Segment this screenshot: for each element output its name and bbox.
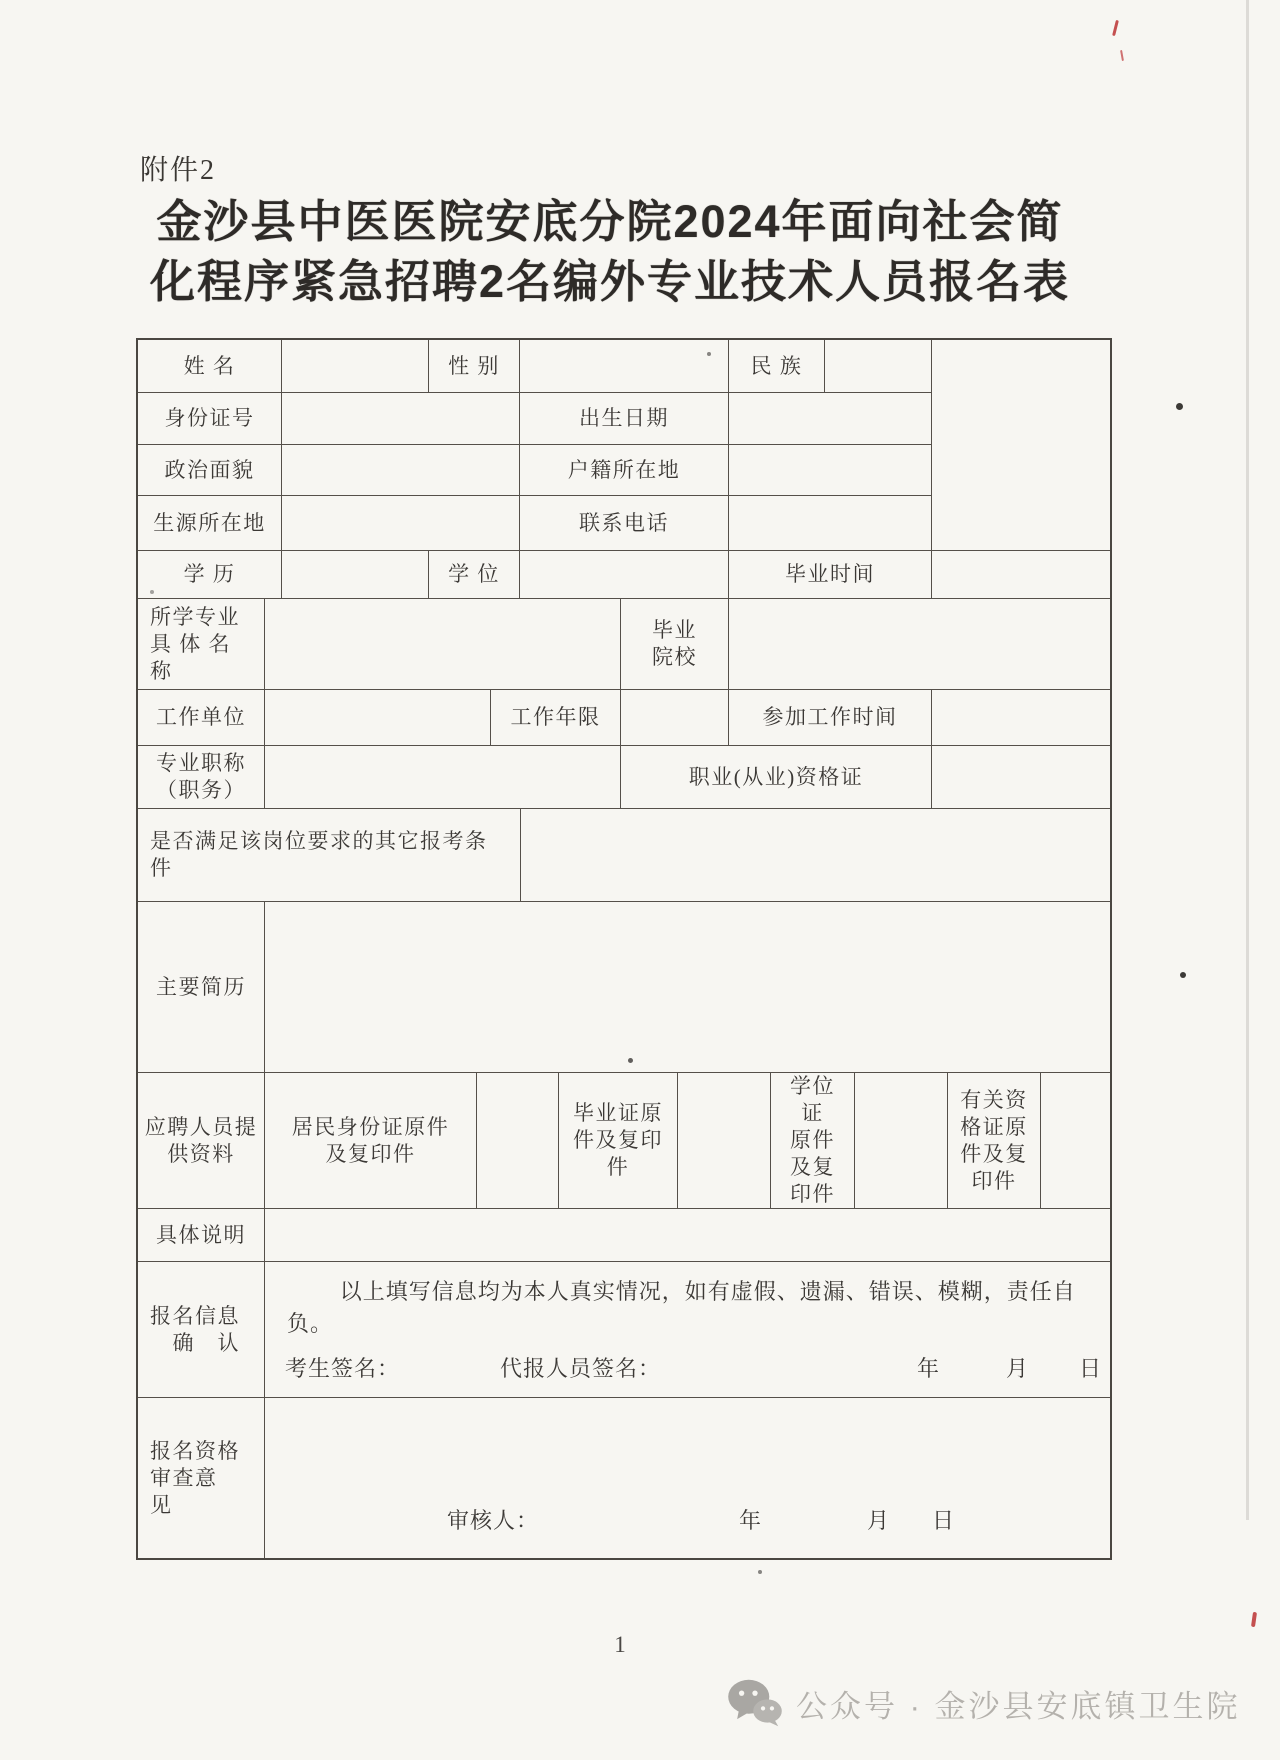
scanned-form-page: 附件2 金沙县中医医院安底分院2024年面向社会简 化程序紧急招聘2名编外专业技… <box>0 0 1280 1760</box>
red-pen-mark <box>1251 1612 1257 1627</box>
row-political-household: 政治面貌 户籍所在地 <box>138 444 931 495</box>
other-conditions-value-cell <box>520 809 1110 901</box>
major-label: 所学专业 具 体 名 称 <box>138 599 264 689</box>
month-label: 月 <box>1006 1354 1029 1384</box>
origin-location-label: 生源所在地 <box>138 496 281 550</box>
scan-speck <box>150 590 154 594</box>
row-other-conditions: 是否满足该岗位要求的其它报考条 件 <box>138 808 1110 901</box>
row-name-gender-ethnicity: 姓 名 性 别 民 族 <box>138 340 931 392</box>
review-content: 审核人： 年 月 日 <box>264 1398 1110 1558</box>
professional-title-label: 专业职称 （职务） <box>138 746 264 808</box>
gender-label: 性 别 <box>428 340 519 392</box>
id-doc-check-cell <box>476 1073 558 1208</box>
name-label: 姓 名 <box>138 340 281 392</box>
qualification-cert-check-cell <box>1040 1073 1110 1208</box>
review-year-label: 年 <box>739 1506 762 1536</box>
attachment-label: 附件2 <box>140 148 216 188</box>
employer-label: 工作单位 <box>138 690 264 745</box>
row-education-degree: 学 历 学 位 毕业时间 <box>138 550 1110 598</box>
major-value-cell <box>264 599 620 689</box>
ethnicity-value-cell <box>824 340 931 392</box>
materials-label: 应聘人员提 供资料 <box>138 1073 264 1208</box>
photo-cell <box>931 340 1110 550</box>
id-number-value-cell <box>281 393 519 444</box>
signature-line: 考生签名： 代报人员签名： 年 月 日 <box>265 1354 1110 1384</box>
scan-speck <box>628 1058 633 1063</box>
review-month-label: 月 <box>867 1506 890 1536</box>
resume-value-cell <box>264 902 1110 1072</box>
watermark: 公众号 · 金沙县安底镇卫生院 <box>726 1678 1241 1728</box>
scan-speck <box>1176 403 1183 410</box>
qualification-cert-label: 有关资 格证原 件及复 印件 <box>947 1073 1040 1208</box>
origin-location-value-cell <box>281 496 519 550</box>
other-conditions-label: 是否满足该岗位要求的其它报考条 件 <box>138 809 520 901</box>
row-note: 具体说明 <box>138 1208 1110 1261</box>
candidate-sign-label: 考生签名： <box>285 1354 400 1384</box>
qualification-value-cell <box>931 746 1110 808</box>
reviewer-line: 审核人： 年 月 日 <box>265 1506 1110 1536</box>
education-label: 学 历 <box>138 551 281 598</box>
scan-edge-band <box>1246 0 1249 1520</box>
red-pen-mark <box>1120 50 1124 61</box>
row-id-birth: 身份证号 出生日期 <box>138 392 931 444</box>
graduation-time-label: 毕业时间 <box>728 551 931 598</box>
confirmation-label: 报名信息 确 认 <box>138 1262 264 1397</box>
form-title-line1: 金沙县中医医院安底分院2024年面向社会简 <box>40 192 1180 252</box>
graduation-time-value-cell <box>931 551 1110 598</box>
note-label: 具体说明 <box>138 1209 264 1261</box>
reviewer-label: 审核人： <box>447 1506 539 1536</box>
day-label: 日 <box>1079 1354 1102 1384</box>
row-major-school: 所学专业 具 体 名 称 毕业 院校 <box>138 598 1110 689</box>
confirmation-content: 以上填写信息均为本人真实情况，如有虚假、遗漏、错误、模糊，责任自 负。 考生签名… <box>264 1262 1110 1397</box>
gender-value-cell <box>519 340 728 392</box>
employer-value-cell <box>264 690 490 745</box>
confirmation-statement: 以上填写信息均为本人真实情况，如有虚假、遗漏、错误、模糊，责任自 负。 <box>265 1276 1110 1340</box>
form-title: 金沙县中医医院安底分院2024年面向社会简 化程序紧急招聘2名编外专业技术人员报… <box>40 192 1180 312</box>
id-doc-label: 居民身份证原件 及复印件 <box>264 1073 476 1208</box>
rowgroup-personal: 姓 名 性 别 民 族 身份证号 出生日期 政治面貌 户籍所在地 <box>138 340 1110 550</box>
row-origin-phone: 生源所在地 联系电话 <box>138 495 931 550</box>
row-title-qualification: 专业职称 （职务） 职业(从业)资格证 <box>138 745 1110 808</box>
birth-date-label: 出生日期 <box>519 393 728 444</box>
name-value-cell <box>281 340 428 392</box>
professional-title-value-cell <box>264 746 620 808</box>
resume-label: 主要简历 <box>138 902 264 1072</box>
household-location-label: 户籍所在地 <box>519 445 728 495</box>
political-status-label: 政治面貌 <box>138 445 281 495</box>
phone-value-cell <box>728 496 931 550</box>
scan-speck <box>758 1570 762 1574</box>
diploma-check-cell <box>677 1073 770 1208</box>
birth-date-value-cell <box>728 393 931 444</box>
qualification-label: 职业(从业)资格证 <box>620 746 931 808</box>
application-form-table: 姓 名 性 别 民 族 身份证号 出生日期 政治面貌 户籍所在地 <box>136 338 1112 1560</box>
work-years-value-cell <box>620 690 728 745</box>
note-value-cell <box>264 1209 1110 1261</box>
row-materials: 应聘人员提 供资料 居民身份证原件 及复印件 毕业证原 件及复印 件 学位 证 … <box>138 1072 1110 1208</box>
school-label: 毕业 院校 <box>620 599 728 689</box>
form-title-line2: 化程序紧急招聘2名编外专业技术人员报名表 <box>40 252 1180 312</box>
row-employer: 工作单位 工作年限 参加工作时间 <box>138 689 1110 745</box>
ethnicity-label: 民 族 <box>728 340 824 392</box>
review-day-label: 日 <box>932 1506 955 1536</box>
degree-label: 学 位 <box>428 551 519 598</box>
scan-speck <box>1180 972 1186 978</box>
degree-cert-check-cell <box>854 1073 947 1208</box>
wechat-icon <box>726 1678 784 1728</box>
household-location-value-cell <box>728 445 931 495</box>
work-years-label: 工作年限 <box>490 690 620 745</box>
year-label: 年 <box>917 1354 940 1384</box>
degree-cert-label: 学位 证 原件 及复 印件 <box>770 1073 854 1208</box>
work-start-label: 参加工作时间 <box>728 690 931 745</box>
political-status-value-cell <box>281 445 519 495</box>
review-label: 报名资格 审查意 见 <box>138 1398 264 1558</box>
page-number: 1 <box>600 1632 640 1658</box>
row-review: 报名资格 审查意 见 审核人： 年 月 日 <box>138 1397 1110 1558</box>
phone-label: 联系电话 <box>519 496 728 550</box>
education-value-cell <box>281 551 428 598</box>
row-resume: 主要简历 <box>138 901 1110 1072</box>
red-pen-mark <box>1112 20 1119 36</box>
school-value-cell <box>728 599 1110 689</box>
row-confirmation: 报名信息 确 认 以上填写信息均为本人真实情况，如有虚假、遗漏、错误、模糊，责任… <box>138 1261 1110 1397</box>
id-number-label: 身份证号 <box>138 393 281 444</box>
degree-value-cell <box>519 551 728 598</box>
proxy-sign-label: 代报人员签名： <box>500 1354 661 1384</box>
watermark-text: 公众号 · 金沙县安底镇卫生院 <box>796 1681 1241 1726</box>
diploma-label: 毕业证原 件及复印 件 <box>558 1073 677 1208</box>
scan-speck <box>707 352 711 356</box>
work-start-value-cell <box>931 690 1110 745</box>
